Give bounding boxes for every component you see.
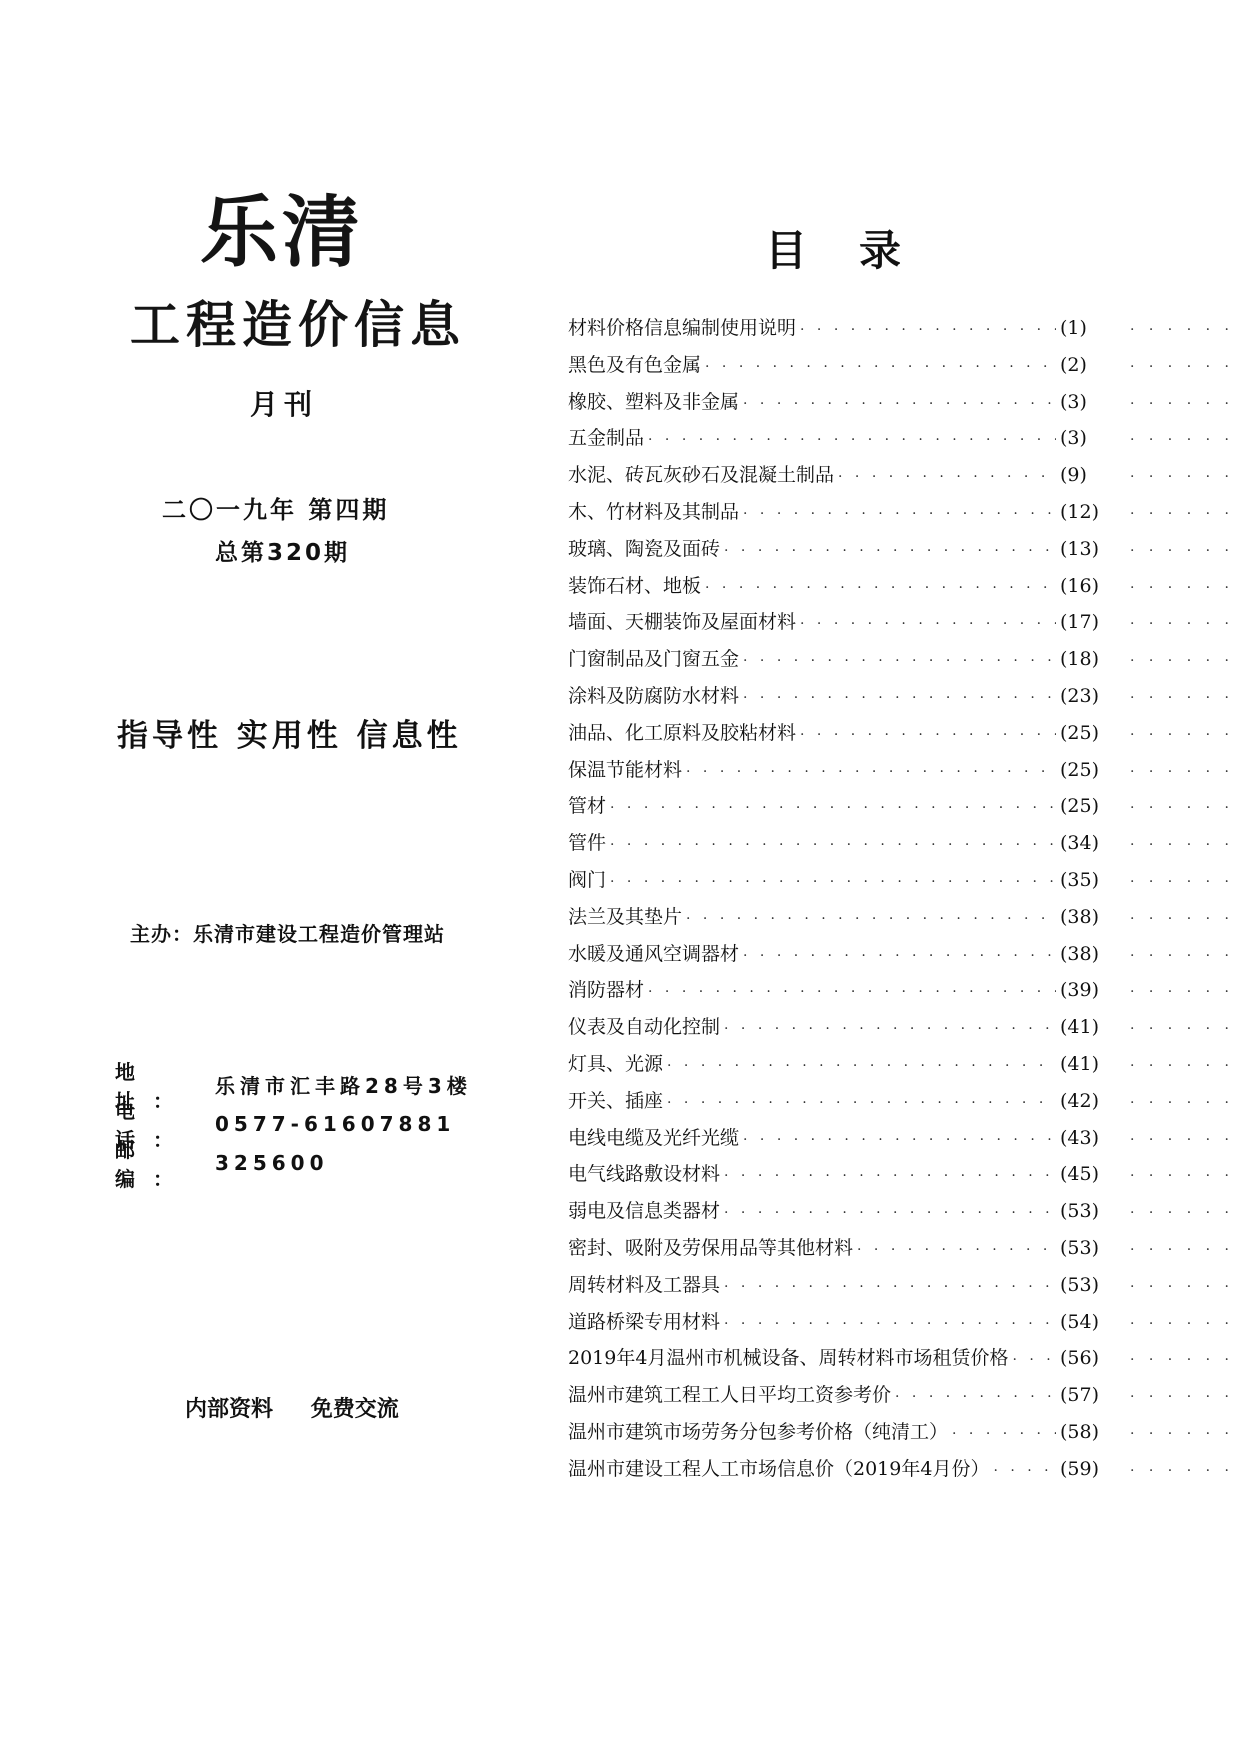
toc-item-label: 管件 [568,828,606,855]
toc-item-page: (25) [1060,795,1130,817]
toc-item-page: (13) [1060,538,1130,560]
postcode-value: 325600 [215,1151,329,1175]
toc-item[interactable]: 周转材料及工器具(53) [568,1270,1240,1307]
toc-item[interactable]: 玻璃、陶瓷及面砖(13) [568,534,1240,571]
dot-leader-tail [1130,322,1240,338]
dot-leader [686,764,1056,780]
toc-item-page: (25) [1060,722,1130,744]
dot-leader [610,837,1056,853]
dot-leader [724,1021,1056,1037]
toc-item[interactable]: 电线电缆及光纤光缆(43) [568,1123,1240,1160]
dot-leader [743,1132,1056,1148]
toc-item[interactable]: 黑色及有色金属(2) [568,350,1240,387]
toc-item[interactable]: 温州市建筑工程工人日平均工资参考价(57) [568,1380,1240,1417]
toc-item[interactable]: 橡胶、塑料及非金属(3) [568,387,1240,424]
dot-leader-tail [1130,1316,1240,1332]
dot-leader [895,1389,1056,1405]
toc-item-label: 墙面、天棚装饰及屋面材料 [568,607,796,634]
dot-leader [838,469,1056,485]
toc-item[interactable]: 灯具、光源(41) [568,1049,1240,1086]
dot-leader [724,1316,1056,1332]
postcode-row: 邮编： 325600 [115,1143,472,1182]
toc-item-label: 管材 [568,791,606,818]
toc-item-page: (58) [1060,1421,1130,1443]
toc-item[interactable]: 开关、插座(42) [568,1086,1240,1123]
dot-leader-tail [1130,359,1240,375]
dot-leader [686,911,1056,927]
toc-item-page: (16) [1060,575,1130,597]
dot-leader-tail [1130,1463,1240,1479]
toc-item[interactable]: 保温节能材料(25) [568,755,1240,792]
toc-item-label: 水泥、砖瓦灰砂石及混凝土制品 [568,460,834,487]
toc-item-page: (12) [1060,501,1130,523]
toc-item-label: 开关、插座 [568,1086,663,1113]
toc-item-page: (2) [1060,354,1130,376]
toc-item[interactable]: 装饰石材、地板(16) [568,571,1240,608]
toc-item-label: 黑色及有色金属 [568,350,701,377]
toc-item[interactable]: 电气线路敷设材料(45) [568,1159,1240,1196]
toc-item-label: 消防器材 [568,975,644,1002]
dot-leader [724,1205,1056,1221]
dot-leader-tail [1130,432,1240,448]
dot-leader-tail [1130,396,1240,412]
toc-item-page: (34) [1060,832,1130,854]
dot-leader-tail [1130,1205,1240,1221]
toc-item[interactable]: 阀门(35) [568,865,1240,902]
internal-material-label: 内部资料 [185,1397,273,1422]
toc-item-label: 玻璃、陶瓷及面砖 [568,534,720,561]
toc-item[interactable]: 法兰及其垫片(38) [568,902,1240,939]
toc-item-label: 油品、化工原料及胶粘材料 [568,718,796,745]
toc-item-page: (9) [1060,464,1130,486]
dot-leader-tail [1130,948,1240,964]
dot-leader-tail [1130,653,1240,669]
dot-leader [667,1095,1056,1111]
toc-item-page: (41) [1060,1016,1130,1038]
dot-leader-tail [1130,984,1240,1000]
dot-leader [648,432,1056,448]
dot-leader-tail [1130,1095,1240,1111]
dot-leader [705,580,1056,596]
toc-item-page: (18) [1060,648,1130,670]
toc-item[interactable]: 道路桥梁专用材料(54) [568,1307,1240,1344]
dot-leader [800,322,1056,338]
toc-item-page: (41) [1060,1053,1130,1075]
dot-leader [610,800,1056,816]
toc-item[interactable]: 门窗制品及门窗五金(18) [568,644,1240,681]
toc-item[interactable]: 仪表及自动化控制(41) [568,1012,1240,1049]
toc-item-label: 电线电缆及光纤光缆 [568,1123,739,1150]
toc-item-label: 温州市建筑市场劳务分包参考价格（纯清工） [568,1417,948,1444]
dot-leader [743,653,1056,669]
frequency-label: 月刊 [250,383,318,423]
dot-leader-tail [1130,580,1240,596]
toc-item-page: (17) [1060,611,1130,633]
toc-item[interactable]: 水泥、砖瓦灰砂石及混凝土制品(9) [568,460,1240,497]
toc-item[interactable]: 木、竹材料及其制品(12) [568,497,1240,534]
dot-leader-tail [1130,800,1240,816]
toc-item-label: 材料价格信息编制使用说明 [568,313,796,340]
toc-item-page: (3) [1060,391,1130,413]
total-issue-label: 总第320期 [215,534,350,567]
toc-item-page: (38) [1060,943,1130,965]
dot-leader-tail [1130,1389,1240,1405]
toc-item-label: 法兰及其垫片 [568,902,682,929]
toc-item-page: (23) [1060,685,1130,707]
dot-leader [1012,1352,1056,1368]
toc-item-label: 电气线路敷设材料 [568,1159,720,1186]
dot-leader-tail [1130,469,1240,485]
dot-leader [667,1058,1056,1074]
toc-item-page: (56) [1060,1347,1130,1369]
dot-leader-tail [1130,543,1240,559]
dot-leader [724,1168,1056,1184]
toc-item-label: 弱电及信息类器材 [568,1196,720,1223]
toc-item-page: (38) [1060,906,1130,928]
toc-item-label: 五金制品 [568,423,644,450]
toc-item-label: 温州市建设工程人工市场信息价（2019年4月份） [568,1454,989,1481]
toc-item[interactable]: 温州市建设工程人工市场信息价（2019年4月份）(59) [568,1454,1240,1491]
toc-item-label: 仪表及自动化控制 [568,1012,720,1039]
dot-leader [743,396,1056,412]
toc-item-label: 保温节能材料 [568,755,682,782]
toc-item-page: (57) [1060,1384,1130,1406]
toc-item-label: 木、竹材料及其制品 [568,497,739,524]
toc-item[interactable]: 五金制品(3) [568,423,1240,460]
dot-leader [800,727,1056,743]
dot-leader [724,543,1056,559]
brand-title: 乐清 [200,170,364,282]
journal-title: 工程造价信息 [130,285,466,357]
toc-title: 目录 [765,218,953,278]
dot-leader [648,984,1056,1000]
dot-leader-tail [1130,616,1240,632]
table-of-contents-panel: 目录 材料价格信息编制使用说明(1)黑色及有色金属(2)橡胶、塑料及非金属(3)… [560,0,1240,1754]
dot-leader-tail [1130,1021,1240,1037]
toc-item[interactable]: 2019年4月温州市机械设备、周转材料市场租赁价格(56) [568,1343,1240,1380]
dot-leader-tail [1130,911,1240,927]
dot-leader [724,1279,1056,1295]
dot-leader [743,506,1056,522]
toc-item-page: (39) [1060,979,1130,1001]
cover-panel: 乐清 工程造价信息 月刊 二〇一九年 第四期 总第320期 指导性 实用性 信息… [0,0,560,1754]
dot-leader [952,1426,1056,1442]
toc-item[interactable]: 墙面、天棚装饰及屋面材料(17) [568,607,1240,644]
toc-item-page: (42) [1060,1090,1130,1112]
toc-item-page: (35) [1060,869,1130,891]
toc-item-label: 周转材料及工器具 [568,1270,720,1297]
toc-item[interactable]: 管材(25) [568,791,1240,828]
dot-leader-tail [1130,874,1240,890]
toc-item-label: 装饰石材、地板 [568,571,701,598]
dot-leader-tail [1130,837,1240,853]
dot-leader [705,359,1056,375]
toc-item-page: (59) [1060,1458,1130,1480]
toc-list: 材料价格信息编制使用说明(1)黑色及有色金属(2)橡胶、塑料及非金属(3)五金制… [568,313,1240,1491]
toc-item-label: 阀门 [568,865,606,892]
toc-item-page: (45) [1060,1163,1130,1185]
toc-item[interactable]: 水暖及通风空调器材(38) [568,939,1240,976]
toc-item-label: 密封、吸附及劳保用品等其他材料 [568,1233,853,1260]
toc-item-page: (25) [1060,759,1130,781]
address-value: 乐清市汇丰路28号3楼 [215,1070,472,1099]
dot-leader [743,948,1056,964]
toc-item[interactable]: 消防器材(39) [568,975,1240,1012]
toc-item-page: (3) [1060,427,1130,449]
host-organization: 主办：乐清市建设工程造价管理站 [130,918,445,947]
toc-item-label: 灯具、光源 [568,1049,663,1076]
toc-item-label: 橡胶、塑料及非金属 [568,387,739,414]
dot-leader-tail [1130,506,1240,522]
phone-value: 0577-61607881 [215,1112,455,1136]
dot-leader [743,690,1056,706]
toc-item-page: (54) [1060,1311,1130,1333]
toc-item[interactable]: 涂料及防腐防水材料(23) [568,681,1240,718]
toc-item-page: (53) [1060,1237,1130,1259]
dot-leader-tail [1130,1242,1240,1258]
dot-leader-tail [1130,1426,1240,1442]
toc-item-page: (1) [1060,317,1130,339]
dot-leader-tail [1130,1058,1240,1074]
toc-item[interactable]: 油品、化工原料及胶粘材料(25) [568,718,1240,755]
toc-item-label: 门窗制品及门窗五金 [568,644,739,671]
toc-item[interactable]: 材料价格信息编制使用说明(1) [568,313,1240,350]
toc-item-page: (53) [1060,1274,1130,1296]
dot-leader-tail [1130,1132,1240,1148]
dot-leader [857,1242,1056,1258]
dot-leader-tail [1130,1352,1240,1368]
toc-item-page: (53) [1060,1200,1130,1222]
dot-leader-tail [1130,1168,1240,1184]
toc-item[interactable]: 管件(34) [568,828,1240,865]
toc-item-page: (43) [1060,1127,1130,1149]
dot-leader-tail [1130,1279,1240,1295]
toc-item-label: 涂料及防腐防水材料 [568,681,739,708]
dot-leader [993,1463,1056,1479]
toc-item[interactable]: 温州市建筑市场劳务分包参考价格（纯清工）(58) [568,1417,1240,1454]
contact-block: 地址： 乐清市汇丰路28号3楼 电话： 0577-61607881 邮编： 32… [115,1065,472,1182]
distribution-note: 内部资料 免费交流 [185,1392,429,1423]
postcode-label: 邮编： [115,1134,215,1192]
slogan: 指导性 实用性 信息性 [117,710,462,755]
toc-item[interactable]: 弱电及信息类器材(53) [568,1196,1240,1233]
issue-label: 二〇一九年 第四期 [162,490,389,525]
toc-item[interactable]: 密封、吸附及劳保用品等其他材料(53) [568,1233,1240,1270]
dot-leader-tail [1130,764,1240,780]
toc-item-label: 道路桥梁专用材料 [568,1307,720,1334]
dot-leader-tail [1130,727,1240,743]
toc-item-label: 水暖及通风空调器材 [568,939,739,966]
dot-leader [610,874,1056,890]
toc-item-label: 2019年4月温州市机械设备、周转材料市场租赁价格 [568,1343,1008,1370]
free-exchange-label: 免费交流 [311,1397,399,1422]
toc-item-label: 温州市建筑工程工人日平均工资参考价 [568,1380,891,1407]
dot-leader-tail [1130,690,1240,706]
dot-leader [800,616,1056,632]
